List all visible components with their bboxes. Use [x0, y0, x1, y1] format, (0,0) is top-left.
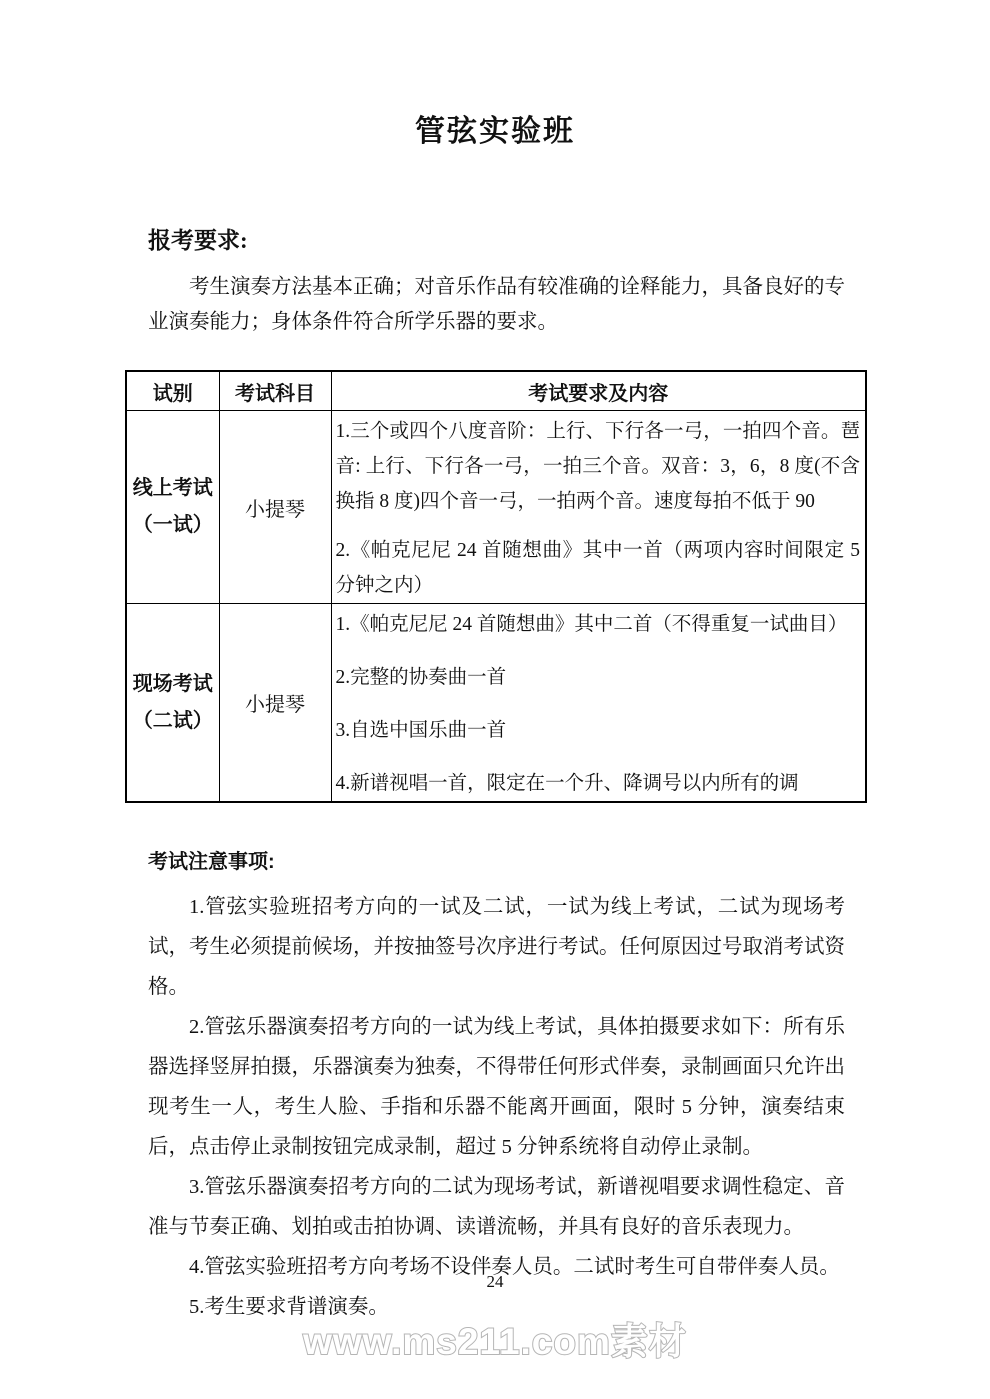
table-header-content: 考试要求及内容 — [331, 371, 866, 411]
content-cell: 1.三个或四个八度音阶：上行、下行各一弓，一拍四个音。琶音: 上行、下行各一弓，… — [331, 411, 866, 604]
table-header-exam-type: 试别 — [126, 371, 219, 411]
table-header-row: 试别 考试科目 考试要求及内容 — [126, 371, 866, 411]
content-cell: 1.《帕克尼尼 24 首随想曲》其中二首（不得重复一试曲目） 2.完整的协奏曲一… — [331, 604, 866, 803]
watermark-text: www.ms211.com素材 — [302, 1321, 687, 1362]
table-header-subject: 考试科目 — [219, 371, 331, 411]
content-item: 4.新谱视唱一首，限定在一个升、降调号以内所有的调 — [336, 766, 861, 801]
content-item: 2.《帕克尼尼 24 首随想曲》其中一首（两项内容时间限定 5 分钟之内） — [336, 533, 861, 603]
page-title: 管弦实验班 — [0, 0, 990, 150]
exam-type-line1: 线上考试 — [127, 470, 219, 507]
exam-type-line2: （一试） — [127, 507, 219, 544]
note-item: 1.管弦实验班招考方向的一试及二试，一试为线上考试，二试为现场考试，考生必须提前… — [148, 887, 845, 1007]
content-item: 3.自选中国乐曲一首 — [336, 713, 861, 748]
table-row-onsite-exam: 现场考试 （二试） 小提琴 1.《帕克尼尼 24 首随想曲》其中二首（不得重复一… — [126, 604, 866, 803]
document-page: 管弦实验班 报考要求: 考生演奏方法基本正确；对音乐作品有较准确的诠释能力，具备… — [0, 0, 990, 1399]
subject-cell: 小提琴 — [219, 411, 331, 604]
exam-type-line1: 现场考试 — [127, 666, 219, 703]
section-heading-requirements: 报考要求: — [148, 226, 845, 256]
notes-section: 1.管弦实验班招考方向的一试及二试，一试为线上考试，二试为现场考试，考生必须提前… — [0, 887, 990, 1327]
subject-cell: 小提琴 — [219, 604, 331, 803]
content-item: 1.三个或四个八度音阶：上行、下行各一弓，一拍四个音。琶音: 上行、下行各一弓，… — [336, 414, 861, 519]
watermark: www.ms211.com素材 — [285, 1316, 705, 1368]
note-item: 3.管弦乐器演奏招考方向的二试为现场考试，新谱视唱要求调性稳定、音准与节奏正确、… — [148, 1167, 845, 1247]
note-item: 2.管弦乐器演奏招考方向的一试为线上考试，具体拍摄要求如下：所有乐器选择竖屏拍摄… — [148, 1007, 845, 1167]
content-item: 1.《帕克尼尼 24 首随想曲》其中二首（不得重复一试曲目） — [336, 607, 861, 642]
content-item: 2.完整的协奏曲一首 — [336, 660, 861, 695]
exam-type-line2: （二试） — [127, 703, 219, 740]
exam-type-cell: 线上考试 （一试） — [126, 411, 219, 604]
exam-type-cell: 现场考试 （二试） — [126, 604, 219, 803]
table-row-online-exam: 线上考试 （一试） 小提琴 1.三个或四个八度音阶：上行、下行各一弓，一拍四个音… — [126, 411, 866, 604]
section-heading-notes: 考试注意事项: — [148, 849, 845, 875]
requirements-paragraph: 考生演奏方法基本正确；对音乐作品有较准确的诠释能力，具备良好的专业演奏能力；身体… — [148, 270, 845, 340]
page-number: 24 — [0, 1272, 990, 1292]
exam-requirements-table: 试别 考试科目 考试要求及内容 线上考试 （一试） 小提琴 1.三个或四个八度音… — [125, 370, 867, 803]
